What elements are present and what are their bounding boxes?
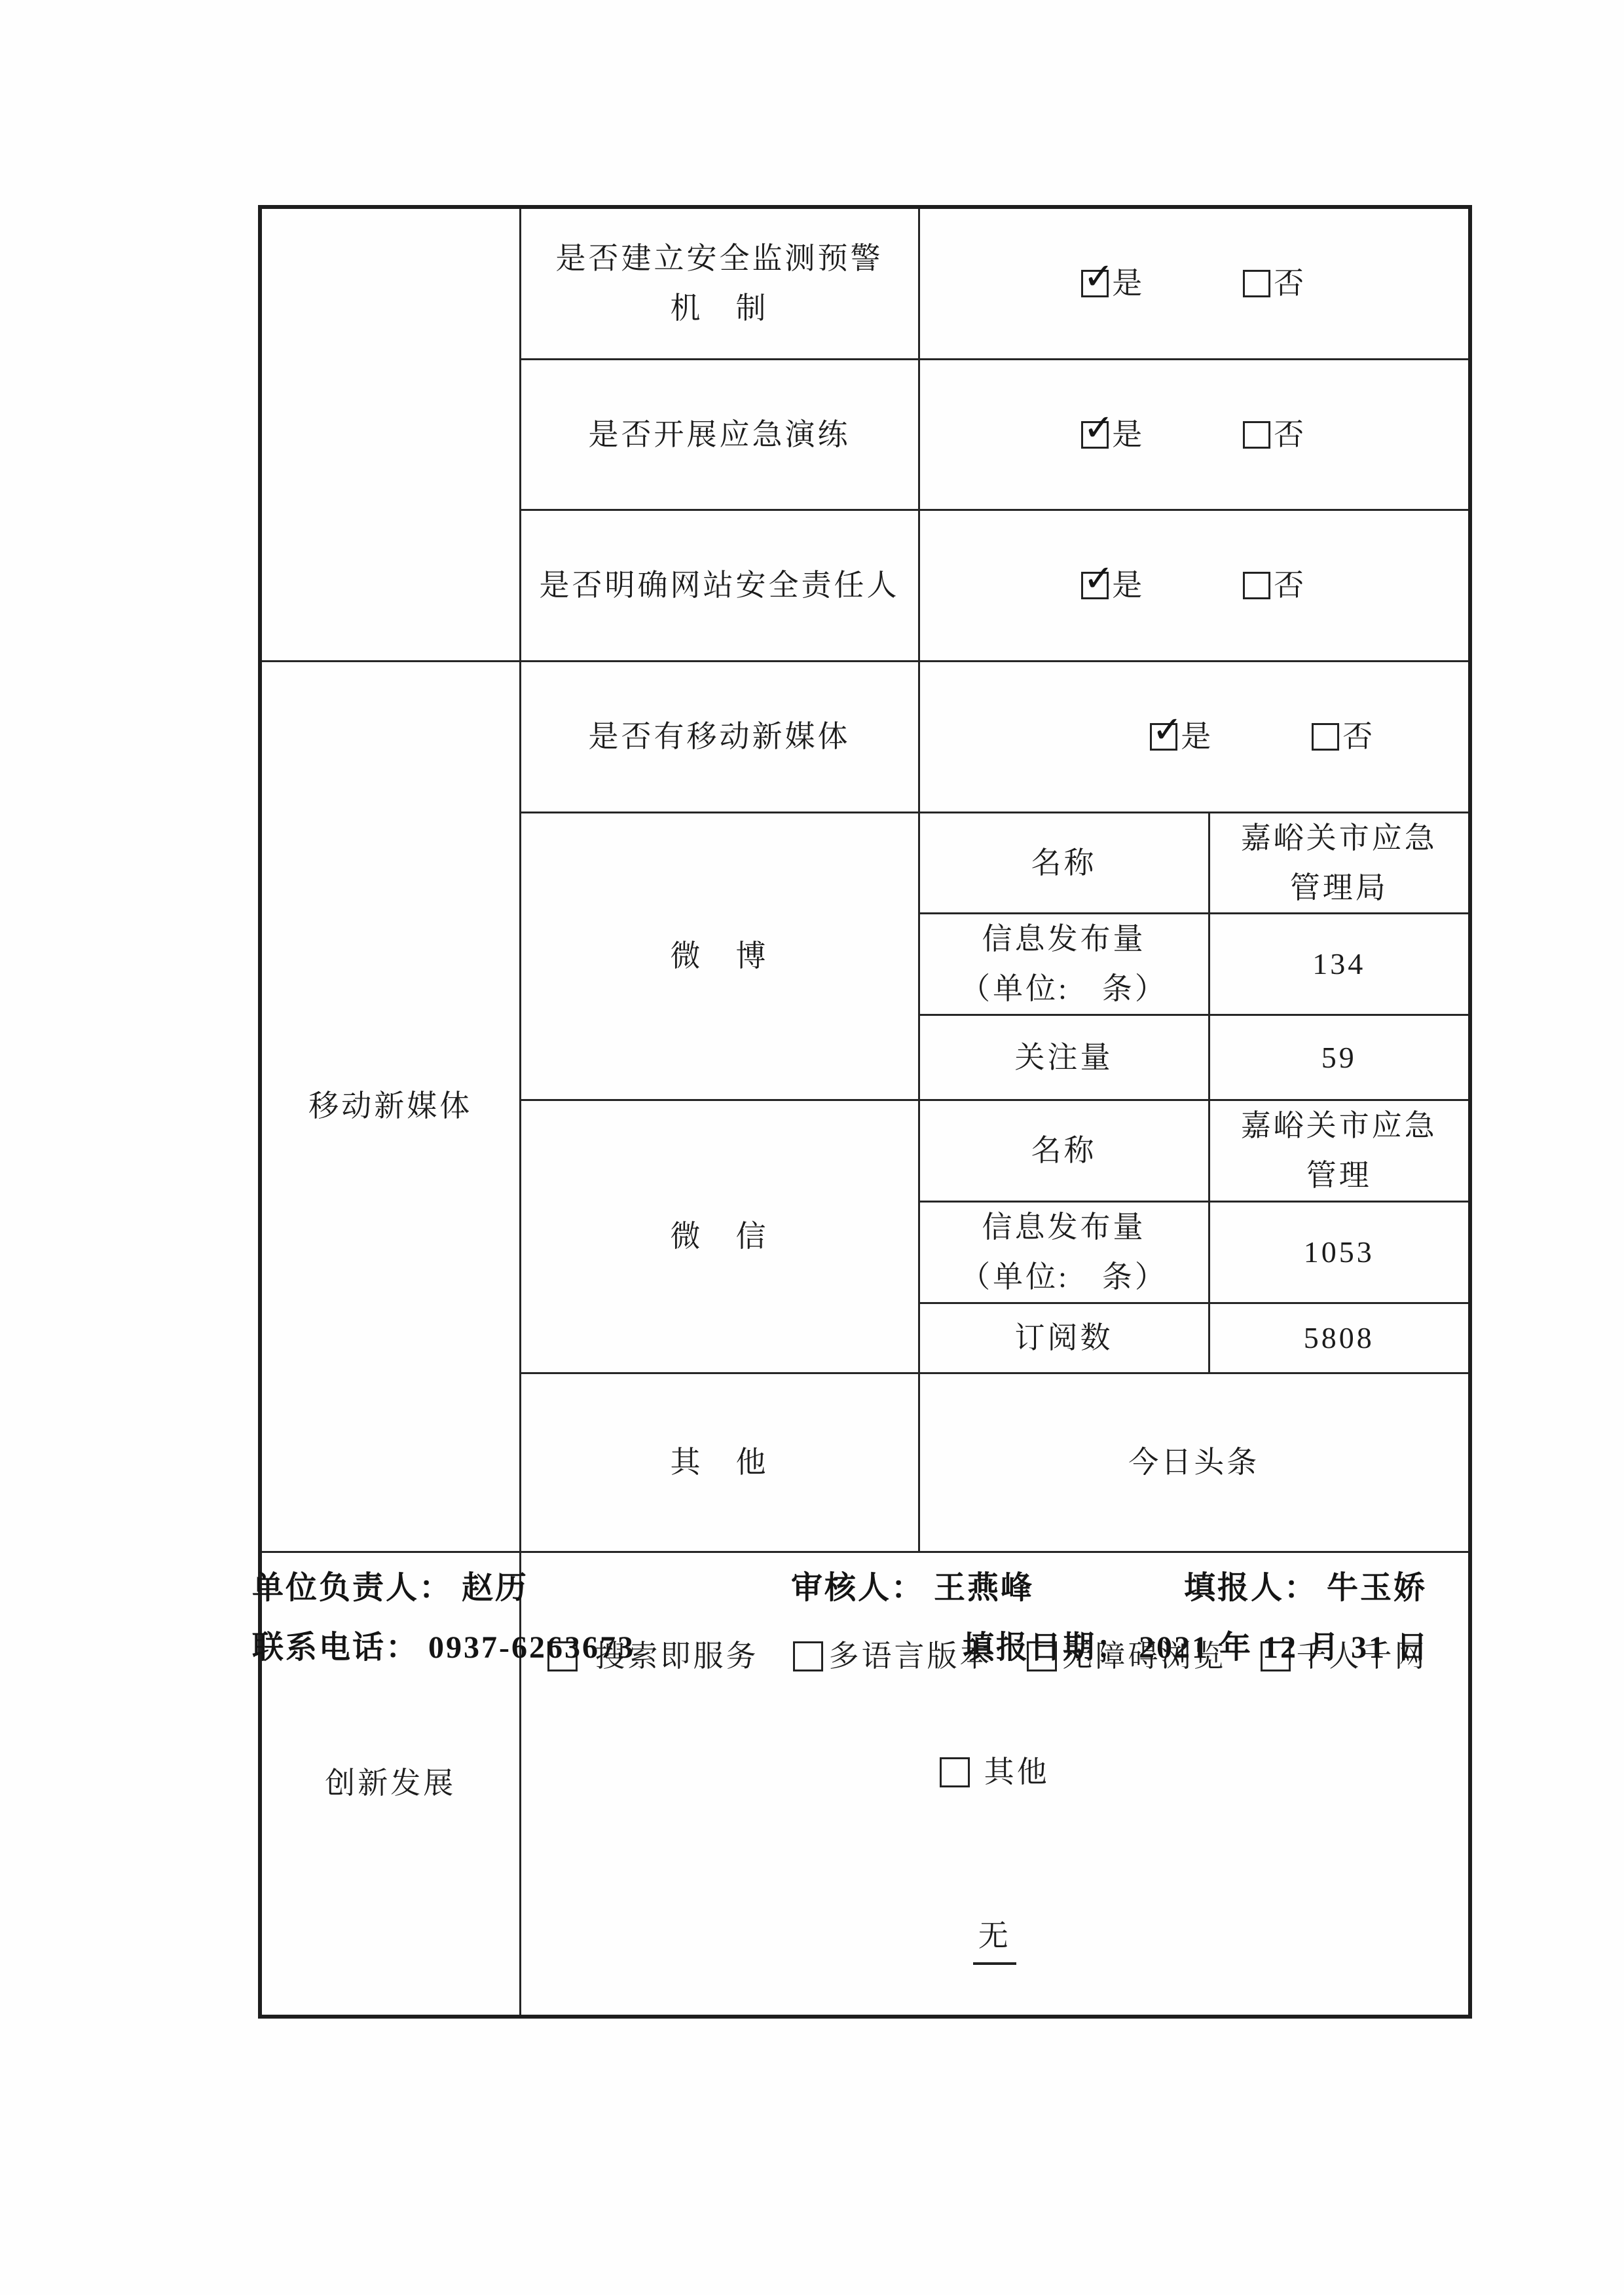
innovation-other-value-row: 无 xyxy=(521,1861,1469,1965)
footer-contact-phone: 联系电话：0937-6263673 xyxy=(252,1622,635,1667)
option-other: 其他 xyxy=(521,1747,1469,1797)
question-security-monitoring: 是否建立安全监测预警 机 制 xyxy=(520,207,919,359)
checkbox-yes-checked-icon: ✓ xyxy=(1150,723,1177,751)
checkbox-no-unchecked-icon xyxy=(1243,270,1270,297)
yes-no-group: ✓ 是 否 xyxy=(920,259,1469,308)
field-label-wechat-subscribers: 订阅数 xyxy=(919,1303,1209,1373)
field-value-wechat-posts: 1053 xyxy=(1209,1202,1470,1303)
section-header-mobile-media: 移动新媒体 xyxy=(260,662,520,1552)
field-label-wechat-name: 名称 xyxy=(919,1100,1209,1202)
checkbox-yes-checked-icon: ✓ xyxy=(1081,572,1109,599)
footer-report-date: 填报日期：2021 年 12 月 31 日 xyxy=(963,1622,1430,1667)
unit-manager-name: 赵历 xyxy=(462,1571,528,1605)
checkbox-yes-checked-icon: ✓ xyxy=(1081,270,1109,297)
field-label-weibo-followers: 关注量 xyxy=(919,1015,1209,1100)
checkbox-yes-checked-icon: ✓ xyxy=(1081,421,1109,449)
scanned-form-page: 是否建立安全监测预警 机 制 ✓ 是 否 是否开展应急演练 ✓ 是 xyxy=(0,0,1624,2295)
option-label: 其他 xyxy=(984,1747,1050,1797)
checkbox-no-unchecked-icon xyxy=(1312,723,1339,751)
phone-number: 0937-6263673 xyxy=(428,1630,635,1665)
field-value-weibo-followers: 59 xyxy=(1209,1015,1470,1100)
answer-security-responsible-person: ✓ 是 否 xyxy=(919,510,1470,662)
filler-name: 牛玉娇 xyxy=(1327,1571,1427,1605)
footer-unit-manager: 单位负责人：赵历 xyxy=(252,1562,528,1607)
platform-value-other: 今日头条 xyxy=(919,1373,1470,1552)
reviewer-name: 王燕峰 xyxy=(934,1571,1034,1605)
innovation-other-value: 无 xyxy=(973,1911,1016,1965)
platform-label-wechat: 微 信 xyxy=(520,1100,919,1373)
table-row: 是否建立安全监测预警 机 制 ✓ 是 否 xyxy=(260,207,1470,359)
section-header-cell-empty xyxy=(260,207,520,662)
website-annual-report-table: 是否建立安全监测预警 机 制 ✓ 是 否 是否开展应急演练 ✓ 是 xyxy=(258,205,1472,2019)
field-value-weibo-name: 嘉峪关市应急 管理局 xyxy=(1209,812,1470,914)
date-label: 填报日期： xyxy=(963,1630,1130,1665)
checkbox-unchecked-icon xyxy=(793,1641,823,1671)
yes-label: 是 xyxy=(1112,561,1145,610)
no-label: 否 xyxy=(1342,712,1375,762)
date-value: 2021 年 12 月 31 日 xyxy=(1139,1630,1430,1665)
platform-label-weibo: 微 博 xyxy=(520,812,919,1100)
table-row: 移动新媒体 是否有移动新媒体 ✓ 是 否 xyxy=(260,662,1470,813)
field-label-weibo-name: 名称 xyxy=(919,812,1209,914)
unit-manager-label: 单位负责人： xyxy=(252,1571,452,1605)
yes-label: 是 xyxy=(1112,410,1145,460)
footer-reviewer: 审核人：王燕峰 xyxy=(791,1562,1034,1607)
yes-no-group: ✓ 是 否 xyxy=(920,410,1469,460)
yes-label: 是 xyxy=(1181,712,1213,762)
phone-label: 联系电话： xyxy=(252,1630,419,1665)
no-label: 否 xyxy=(1274,259,1306,308)
yes-no-group: ✓ 是 否 xyxy=(989,712,1538,762)
question-security-responsible-person: 是否明确网站安全责任人 xyxy=(520,510,919,662)
field-label-weibo-posts: 信息发布量 （单位: 条） xyxy=(919,914,1209,1015)
footer-filler: 填报人：牛玉娇 xyxy=(1184,1562,1427,1607)
filler-label: 填报人： xyxy=(1184,1571,1318,1605)
answer-has-mobile-media: ✓ 是 否 xyxy=(919,662,1470,813)
yes-no-group: ✓ 是 否 xyxy=(920,561,1469,610)
field-value-wechat-name: 嘉峪关市应急 管理 xyxy=(1209,1100,1470,1202)
question-has-mobile-media: 是否有移动新媒体 xyxy=(520,662,919,813)
question-emergency-drill: 是否开展应急演练 xyxy=(520,359,919,510)
platform-label-other: 其 他 xyxy=(520,1373,919,1552)
field-value-weibo-posts: 134 xyxy=(1209,914,1470,1015)
checkbox-unchecked-icon xyxy=(940,1757,970,1787)
field-label-wechat-posts: 信息发布量 （单位: 条） xyxy=(919,1202,1209,1303)
yes-label: 是 xyxy=(1112,259,1145,308)
answer-security-monitoring: ✓ 是 否 xyxy=(919,207,1470,359)
reviewer-label: 审核人： xyxy=(791,1571,925,1605)
field-value-wechat-subscribers: 5808 xyxy=(1209,1303,1470,1373)
no-label: 否 xyxy=(1274,410,1306,460)
checkbox-no-unchecked-icon xyxy=(1243,421,1270,449)
answer-emergency-drill: ✓ 是 否 xyxy=(919,359,1470,510)
checkbox-no-unchecked-icon xyxy=(1243,572,1270,599)
no-label: 否 xyxy=(1274,561,1306,610)
